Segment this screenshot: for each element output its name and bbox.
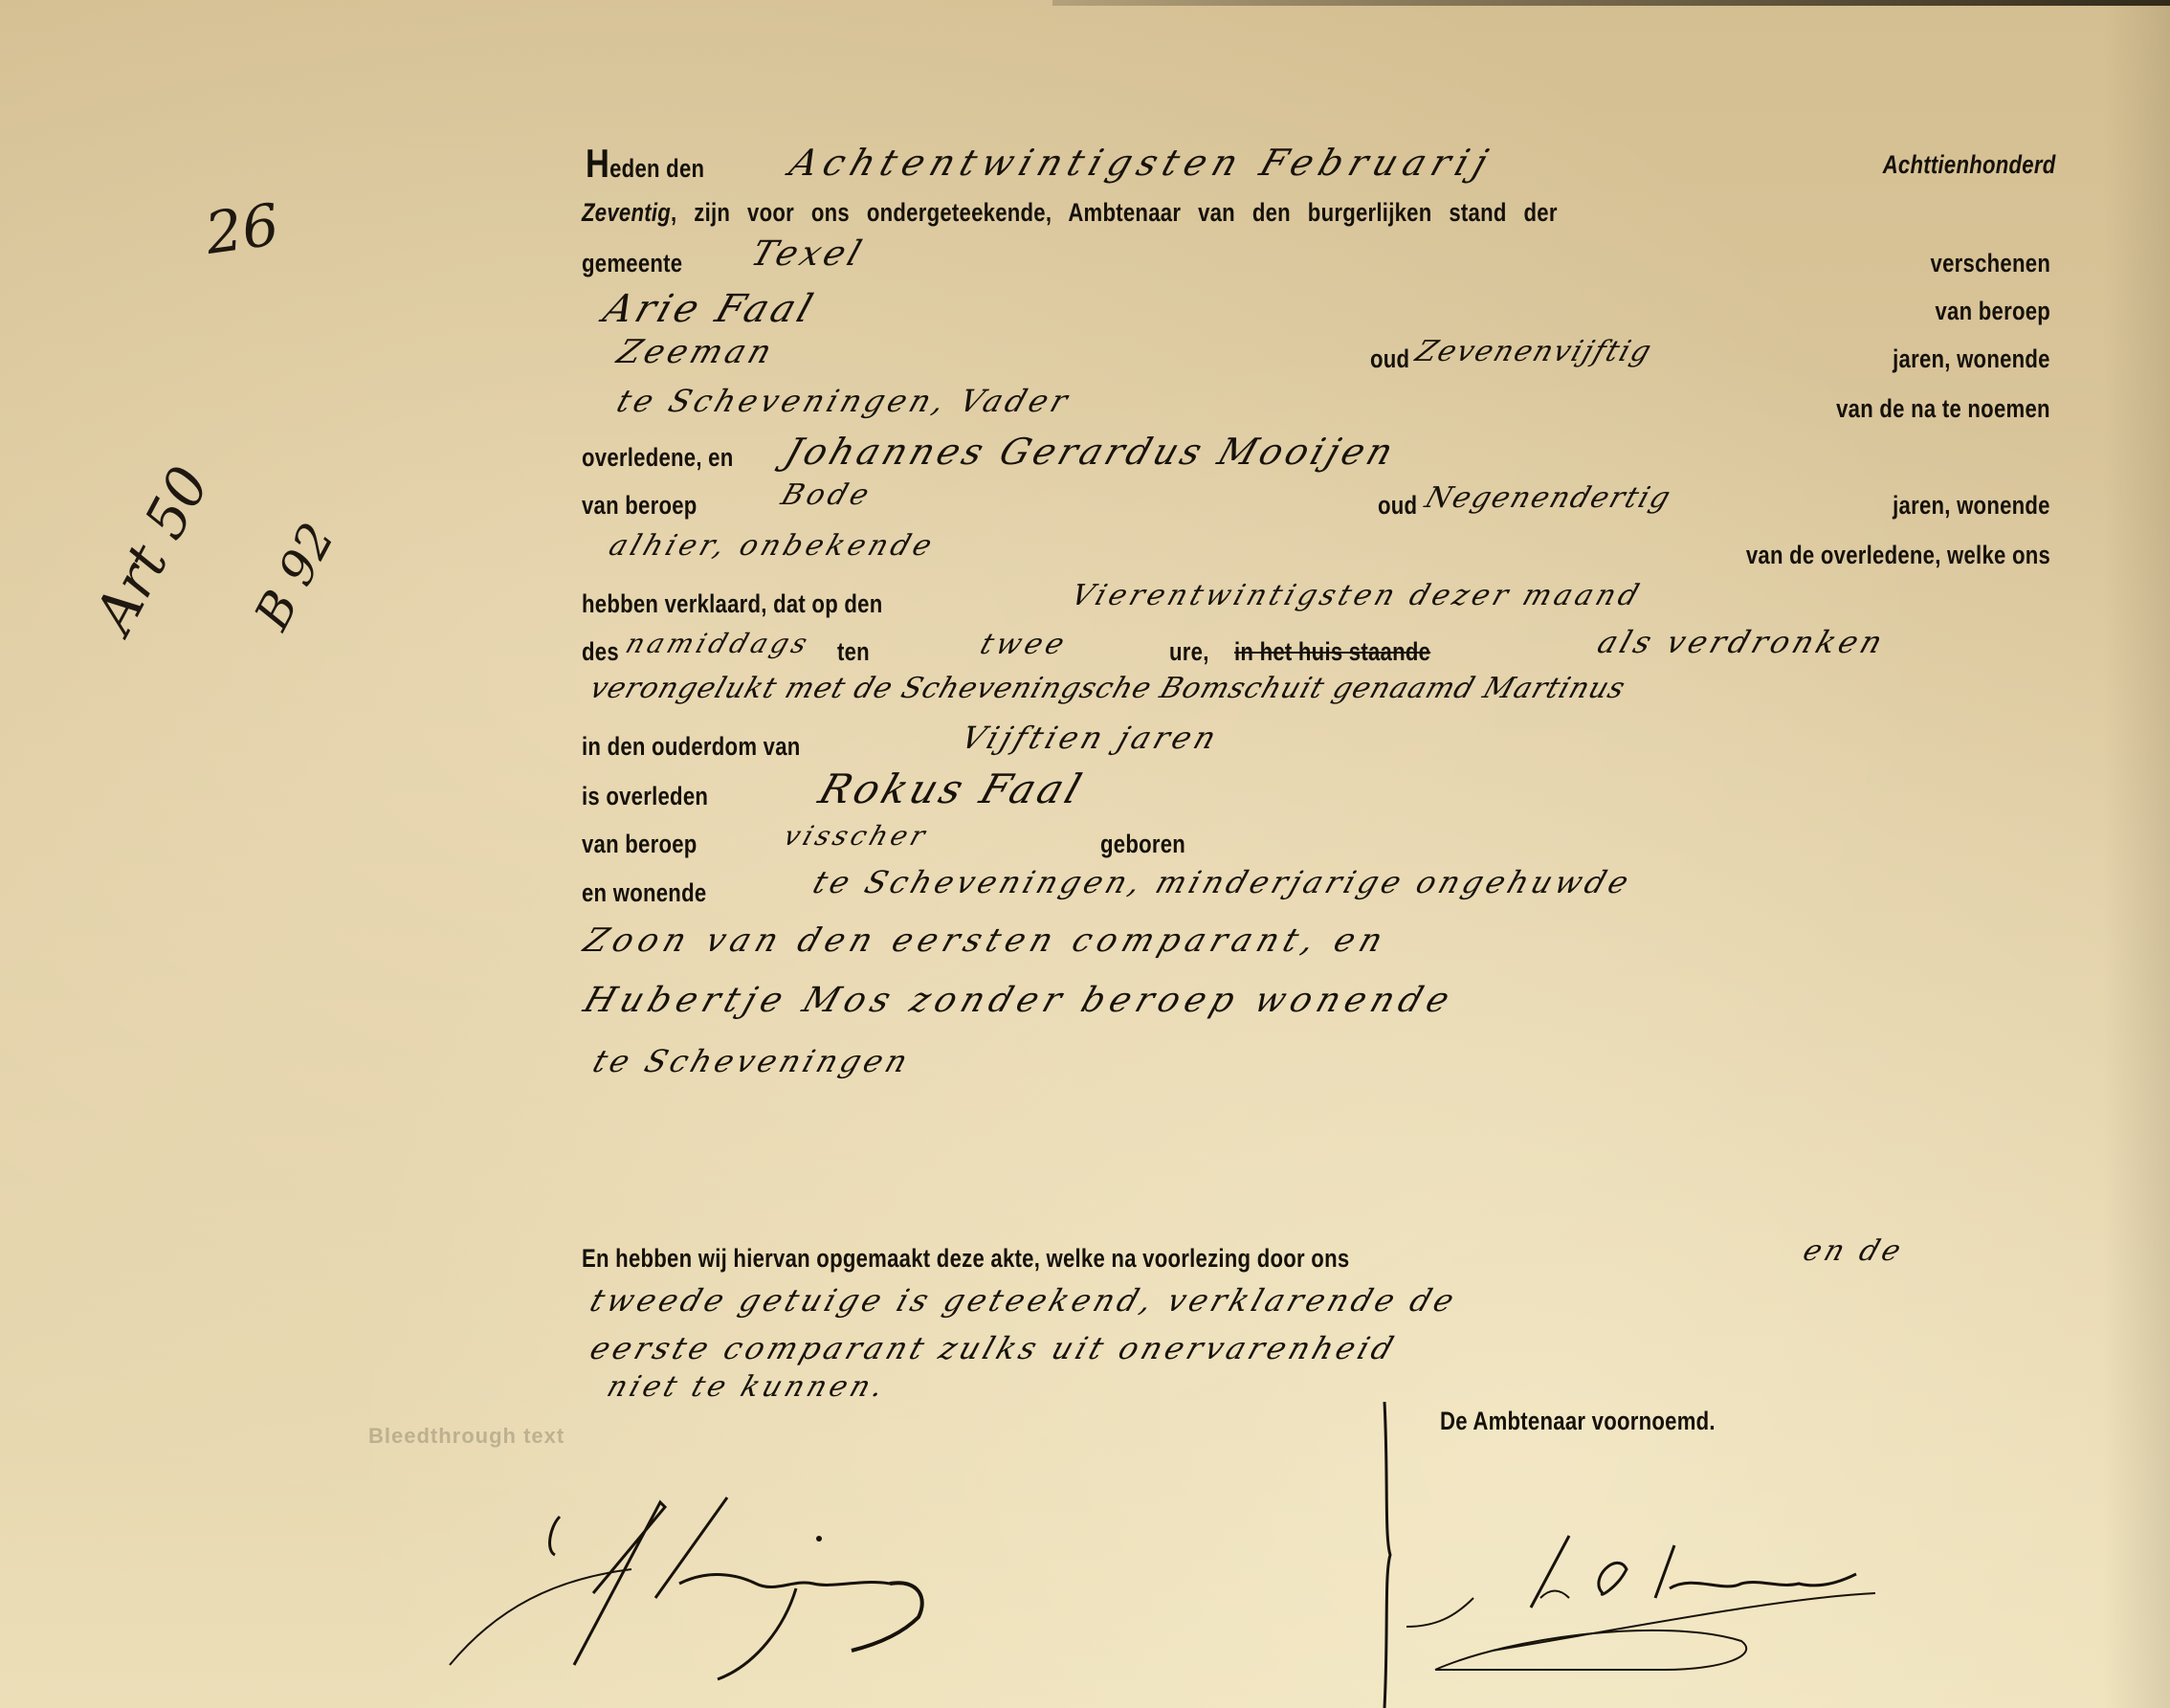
hand-second-age: Negenendertig [1421, 481, 1676, 515]
printed-is-overleden: is overleden [582, 782, 708, 811]
printed-ure: ure, [1169, 637, 1209, 667]
hand-deceased-residence: te Scheveningen, minderjarige ongehuwde [808, 864, 1637, 900]
printed-en-wonende: en wonende [582, 878, 706, 908]
printed-ouderdom: in den ouderdom van [582, 732, 801, 762]
printed-des: des [582, 637, 619, 667]
act-number: 26 [202, 191, 283, 268]
hand-deceased-name: Rokus Faal [813, 765, 1091, 812]
hand-declarant-occupation: Zeeman [612, 333, 780, 371]
hand-hour: twee [976, 628, 1073, 661]
hand-municipality: Texel [746, 234, 870, 274]
hand-second-declarant: Johannes Gerardus Mooijen [780, 431, 1402, 473]
hand-parent-line-1: Zoon van den eersten comparant, en [579, 921, 1393, 960]
printed-verklaard: hebben verklaard, dat op den [582, 589, 882, 619]
printed-line-2: Zeventig, zijn voor ons ondergeteekende,… [582, 198, 1558, 228]
printed-oud-2: oud [1378, 491, 1417, 521]
printed-heden: Heden den [586, 144, 704, 184]
printed-overledene-en: overledene, en [582, 443, 733, 473]
printed-na-te-noemen: van de na te noemen [1836, 394, 2050, 424]
official-signature-icon [1397, 1464, 1952, 1684]
hand-deceased-occupation: visscher [780, 820, 933, 852]
hand-second-occupation: Bode [777, 478, 876, 512]
bleedthrough-text: Bleedthrough text [368, 1424, 565, 1449]
margin-annotation-reference: B 92 [244, 514, 345, 638]
signature-brace [1383, 1402, 1392, 1708]
hand-deceased-age: Vijftien jaren [957, 720, 1225, 756]
hand-closing-3: eerste comparant zulks uit onervarenheid [586, 1330, 1402, 1366]
hand-date: Achtentwintigsten Februarij [785, 142, 1499, 184]
hand-declarant-name: Arie Faal [598, 287, 822, 331]
printed-van-beroep-1: van beroep [1935, 297, 2050, 326]
printed-year-a: Achttienhonderd [1882, 150, 2055, 180]
hand-death-circumstance: verongelukt met de Scheveningsche Bomsch… [586, 672, 1630, 705]
hand-closing-2: tweede getuige is geteekend, verklarende… [586, 1282, 1462, 1319]
printed-van-beroep-2: van beroep [582, 491, 697, 521]
printed-ten: ten [837, 637, 870, 667]
hand-declarant-residence: te Scheveningen, Vader [612, 383, 1076, 419]
printed-van-beroep-3: van beroep [582, 830, 697, 859]
printed-jaren-wonende-2: jaren, wonende [1893, 491, 2050, 521]
printed-gemeente: gemeente [582, 249, 682, 278]
printed-oud-1: oud [1370, 344, 1409, 374]
drop-initial: H [586, 141, 609, 186]
margin-annotation-article: Art 50 [81, 456, 222, 643]
hand-mother-line: Hubertje Mos zonder beroep wonende [579, 981, 1460, 1020]
hand-time-of-day: namiddags [622, 628, 815, 659]
printed-geboren: geboren [1100, 830, 1185, 859]
hand-closing-1: en de [1799, 1234, 1909, 1268]
hand-second-residence: alhier, onbekende [605, 529, 940, 563]
hand-mother-residence: te Scheveningen [588, 1043, 916, 1079]
certificate-page: 26 Art 50 B 92 Heden den Achtentwintigst… [0, 0, 2170, 1708]
printed-verschenen: verschenen [1930, 249, 2050, 278]
witness-signature-icon [440, 1474, 1301, 1703]
printed-welke-ons: van de overledene, welke ons [1746, 541, 2050, 570]
printed-closing: En hebben wij hiervan opgemaakt deze akt… [582, 1244, 1349, 1274]
hand-death-date: Vierentwintigsten dezer maand [1067, 579, 1647, 612]
scan-edge-right [2103, 0, 2170, 1708]
official-label: De Ambtenaar voornoemd. [1440, 1407, 1716, 1436]
hand-declarant-age: Zevenenvijftig [1411, 335, 1657, 368]
printed-jaren-wonende-1: jaren, wonende [1893, 344, 2050, 374]
hand-death-cause: als verdronken [1593, 624, 1891, 660]
hand-closing-4: niet te kunnen. [603, 1370, 892, 1404]
scan-edge-shadow [1052, 0, 2170, 6]
printed-struck-location: in het huis staande [1234, 637, 1430, 667]
